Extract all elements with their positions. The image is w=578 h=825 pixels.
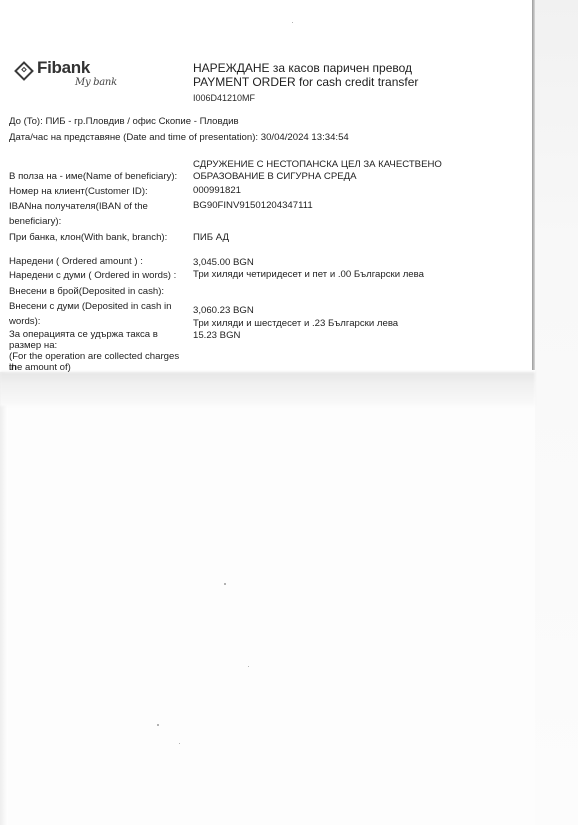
beneficiary-name-line2: ОБРАЗОВАНИЕ В СИГУРНА СРЕДА [193,170,357,183]
document-title-bg: НАРЕЖДАНЕ за касов паричен превод [193,61,418,75]
document-id: I006D41210MF [193,91,418,105]
iban-value: BG90FINV91501204347111 [193,199,313,212]
bank-branch-label: При банка, клон(With bank, branch): [9,230,187,245]
sheet-edge-shadow-vertical [532,0,535,370]
deposited-cash-label: Внесени в брой(Deposited in cash): [9,284,187,299]
charges-value: 15.23 BGN [193,329,240,342]
scan-speck [248,666,249,667]
scan-speck [224,583,226,585]
deposited-words-label-line1: Внесени с думи (Deposited in cash in [9,299,187,314]
customer-id-label: Номер на клиент(Customer ID): [9,184,187,199]
scan-speck [292,22,293,23]
scan-background-strip [535,0,578,825]
deposited-words-label-line2: words): [9,314,187,329]
iban-label-line2: beneficiary): [9,214,187,229]
scan-speck [179,743,180,744]
document-header: НАРЕЖДАНЕ за касов паричен превод PAYMEN… [193,61,418,105]
recipient-bank-line: До (To): ПИБ - гр.Пловдив / офис Скопие … [9,116,239,127]
bank-branch-value: ПИБ АД [193,231,229,244]
deposited-cash-value: 3,060.23 BGN [193,304,254,317]
presentation-datetime-line: Дата/час на представяне (Date and time o… [9,132,349,143]
logo-brand-name: Fibank [37,58,90,78]
fibank-logo: Fibank My bank [14,58,124,92]
customer-id-value: 000991821 [193,184,241,197]
ordered-words-label: Наредени с думи ( Ordered in words) : [9,268,187,283]
document-title-en: PAYMENT ORDER for cash credit transfer [193,75,418,90]
logo-tagline: My bank [75,77,117,88]
ordered-words-value: Три хиляди четиридесет и пет и .00 Бълга… [193,268,424,281]
charges-label-line4: the amount of) [9,362,187,373]
charges-label-line1: За операцията се удържа такса в [9,329,187,340]
scan-speck [157,724,159,726]
beneficiary-name-label: В полза на - име(Name of beneficiary): [9,169,187,184]
sheet-edge-shadow-horizontal [0,372,535,406]
fibank-diamond-logo-icon [14,61,34,81]
iban-label-line1: IBANна получателя(IBAN of the [9,199,187,214]
charges-label-line2: размер на: [9,340,187,351]
ordered-amount-label: Наредени ( Ordered amount ) : [9,254,187,269]
